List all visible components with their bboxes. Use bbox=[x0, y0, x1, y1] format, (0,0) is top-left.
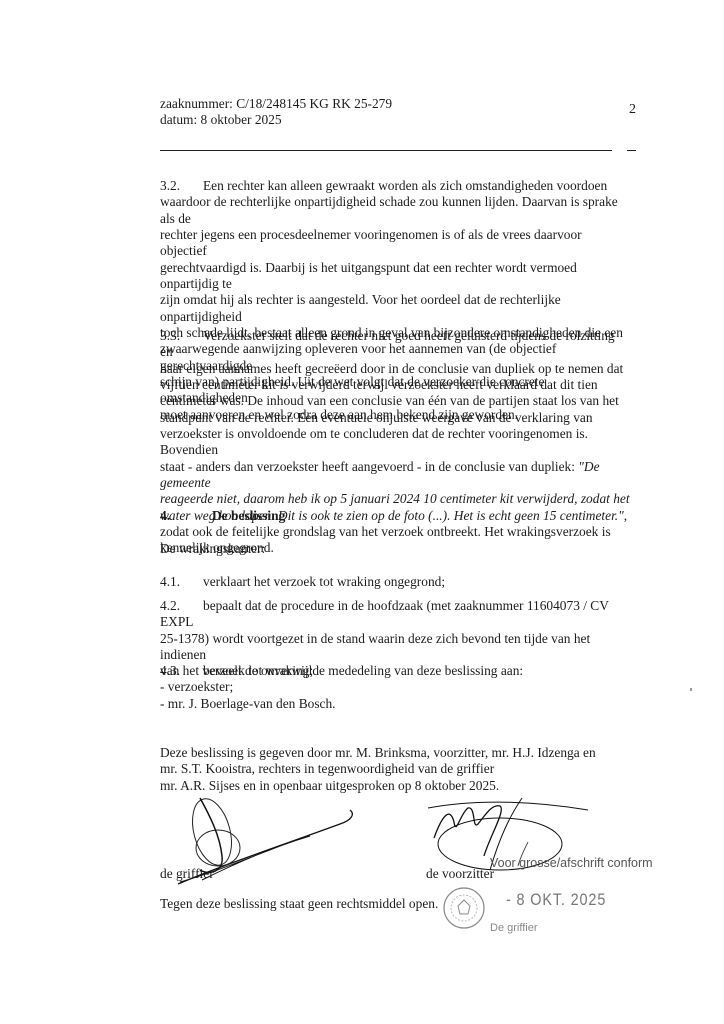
griffier-label: de griffier bbox=[160, 866, 280, 882]
case-number: zaaknummer: C/18/248145 KG RK 25-279 bbox=[160, 96, 392, 112]
section-4-intro: De wrakingskamer: bbox=[160, 541, 630, 557]
closing-statement: Deze beslissing is gegeven door mr. M. B… bbox=[160, 745, 600, 794]
decision-item-4-3: 4.3.beveelt de onverwijlde mededeling va… bbox=[160, 663, 630, 712]
section-title: De beslissing bbox=[212, 508, 285, 523]
page-number: 2 bbox=[629, 102, 636, 118]
document-header: zaaknummer: C/18/248145 KG RK 25-279 dat… bbox=[160, 96, 392, 128]
stamp-signer: De griffier bbox=[490, 922, 537, 934]
header-divider-tail bbox=[627, 150, 636, 151]
document-date: datum: 8 oktober 2025 bbox=[160, 112, 392, 128]
decision-item-4-1: 4.1.verklaart het verzoek tot wraking on… bbox=[160, 574, 630, 590]
date-stamp: - 8 OKT. 2025 bbox=[506, 890, 606, 910]
header-divider bbox=[160, 150, 612, 151]
court-seal-icon bbox=[440, 884, 488, 932]
scan-artifact bbox=[690, 688, 692, 691]
conform-stamp-text: Voor grosse/afschrift conform bbox=[490, 856, 653, 870]
section-number: 3.2. bbox=[160, 178, 203, 194]
section-number: 3.3. bbox=[160, 328, 203, 344]
section-4-heading: 4.De beslissing bbox=[160, 508, 630, 524]
